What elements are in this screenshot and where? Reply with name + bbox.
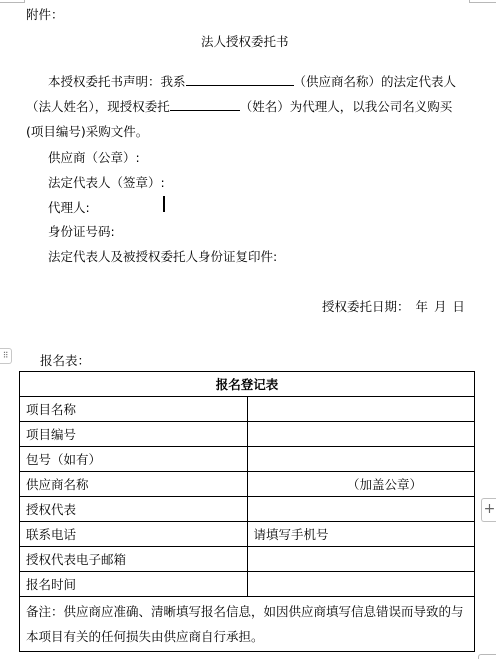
row-label-authorized-rep: 授权代表 xyxy=(20,497,248,522)
table-row: 包号（如有） xyxy=(20,447,475,472)
document-title: 法人授权委托书 xyxy=(201,32,289,50)
paragraph-line-1: 本授权委托书声明：我系（供应商名称）的法定代表人 xyxy=(48,72,456,90)
attachment-label: 附件： xyxy=(26,5,64,23)
supplier-name-blank[interactable] xyxy=(186,73,294,86)
row-label-rep-email: 授权代表电子邮箱 xyxy=(20,547,248,572)
paragraph-line-1-prefix: 本授权委托书声明：我系 xyxy=(48,74,186,89)
table-note: 备注：供应商应准确、清晰填写报名信息，如因供应商填写信息错误而导致的与本项目有关… xyxy=(20,597,475,652)
row-label-project-number: 项目编号 xyxy=(20,422,248,447)
page-corner-mark-top-left xyxy=(0,0,25,3)
row-label-project-name: 项目名称 xyxy=(20,397,248,422)
paragraph-line-2-prefix: （法人姓名），现授权委托 xyxy=(26,99,170,114)
row-label-package-number: 包号（如有） xyxy=(20,447,248,472)
row-value-rep-email[interactable] xyxy=(247,547,475,572)
row-value-project-name[interactable] xyxy=(247,397,475,422)
row-value-phone[interactable]: 请填写手机号 xyxy=(247,522,475,547)
supplier-seal-field: 供应商（公章）: xyxy=(48,148,140,166)
add-row-icon[interactable]: + xyxy=(481,498,496,522)
row-value-project-number[interactable] xyxy=(247,422,475,447)
page-corner-mark-bottom-right xyxy=(478,654,496,659)
table-row: 供应商名称 （加盖公章） xyxy=(20,472,475,497)
stamp-note: （加盖公章） xyxy=(347,475,422,493)
registration-label: 报名表： xyxy=(40,351,90,369)
row-label-registration-time: 报名时间 xyxy=(20,572,248,597)
row-value-authorized-rep[interactable] xyxy=(247,497,475,522)
paragraph-line-2: （法人姓名），现授权委托（姓名）为代理人，以我公司名义购买 xyxy=(26,97,452,115)
id-number-field: 身份证号码: xyxy=(48,222,115,240)
agent-name-blank[interactable] xyxy=(170,98,240,111)
table-row: 授权代表电子邮箱 xyxy=(20,547,475,572)
page-corner-mark-top-right xyxy=(469,0,496,3)
paragraph-line-2-suffix: （姓名）为代理人，以我公司名义购买 xyxy=(240,99,453,114)
registration-table: 报名登记表 项目名称 项目编号 包号（如有） 供应商名称 （加盖公章） 授权代表… xyxy=(19,371,475,652)
row-label-supplier-name: 供应商名称 xyxy=(20,472,248,497)
row-value-supplier-name[interactable]: （加盖公章） xyxy=(247,472,475,497)
legal-rep-signature-field: 法定代表人（签章）: xyxy=(48,173,165,191)
table-move-icon[interactable]: ⠿ xyxy=(0,348,12,364)
table-header-row: 报名登记表 xyxy=(20,372,475,397)
authorization-date: 授权委托日期： 年 月 日 xyxy=(322,297,465,315)
text-cursor xyxy=(163,196,165,212)
row-label-phone: 联系电话 xyxy=(20,522,248,547)
table-row: 项目名称 xyxy=(20,397,475,422)
id-copies-field: 法定代表人及被授权委托人身份证复印件: xyxy=(48,247,277,265)
table-row: 报名时间 xyxy=(20,572,475,597)
row-value-registration-time[interactable] xyxy=(247,572,475,597)
paragraph-line-3: (项目编号)采购文件。 xyxy=(26,122,148,140)
paragraph-line-1-suffix: （供应商名称）的法定代表人 xyxy=(294,74,457,89)
row-value-package-number[interactable] xyxy=(247,447,475,472)
table-note-row: 备注：供应商应准确、清晰填写报名信息，如因供应商填写信息错误而导致的与本项目有关… xyxy=(20,597,475,652)
agent-field: 代理人: xyxy=(48,198,90,216)
table-title: 报名登记表 xyxy=(20,372,475,397)
table-row: 联系电话 请填写手机号 xyxy=(20,522,475,547)
table-row: 项目编号 xyxy=(20,422,475,447)
table-row: 授权代表 xyxy=(20,497,475,522)
